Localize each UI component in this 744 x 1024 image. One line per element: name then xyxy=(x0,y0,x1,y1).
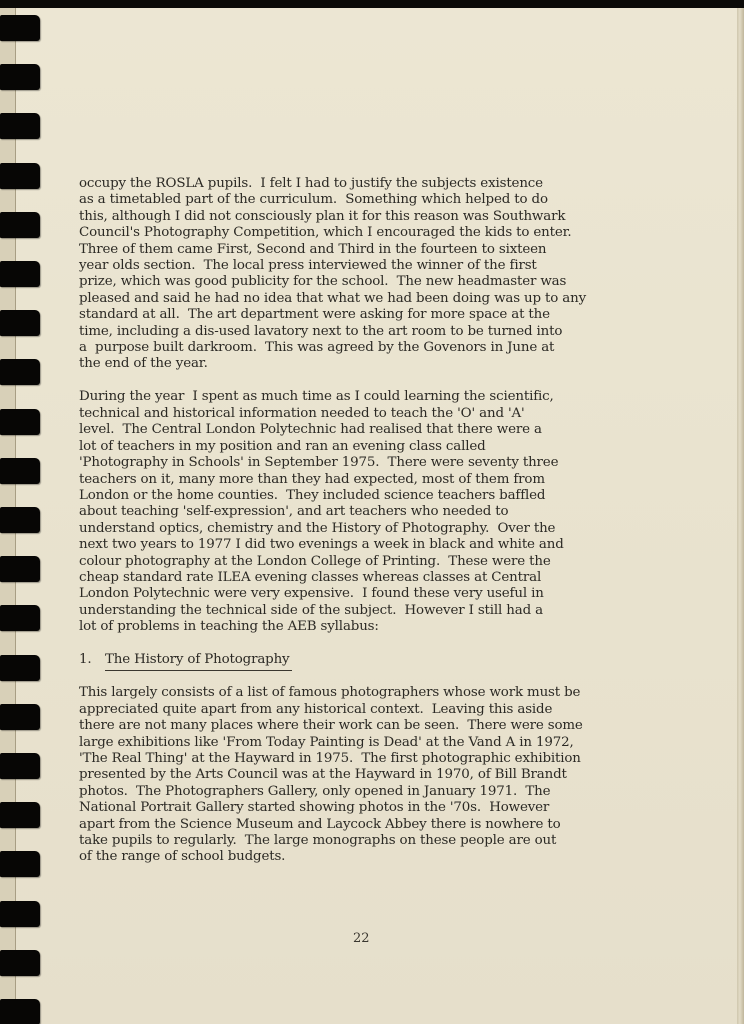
text-line: understanding the technical side of the … xyxy=(79,603,649,619)
text-line: about teaching 'self-expression', and ar… xyxy=(79,504,649,520)
page-number: 22 xyxy=(353,931,370,946)
spiral-ring xyxy=(0,802,40,828)
text-line: 'Photography in Schools' in September 19… xyxy=(79,455,649,471)
text-line: large exhibitions like 'From Today Paint… xyxy=(79,735,649,751)
text-line: time, including a dis-used lavatory next… xyxy=(79,324,649,340)
text-line: the end of the year. xyxy=(79,356,649,372)
spiral-ring xyxy=(0,113,40,139)
paragraph-history: This largely consists of a list of famou… xyxy=(79,685,649,865)
text-line: lot of problems in teaching the AEB syll… xyxy=(79,619,649,635)
spiral-ring xyxy=(0,704,40,730)
paragraph-rosla: occupy the ROSLA pupils. I felt I had to… xyxy=(79,176,649,373)
spiral-ring xyxy=(0,556,40,582)
spiral-ring xyxy=(0,901,40,927)
spiral-ring xyxy=(0,163,40,189)
text-line: photos. The Photographers Gallery, only … xyxy=(79,784,649,800)
text-line: of the range of school budgets. xyxy=(79,849,649,865)
text-line: appreciated quite apart from any histori… xyxy=(79,702,649,718)
text-line: London or the home counties. They includ… xyxy=(79,488,649,504)
spiral-ring xyxy=(0,605,40,631)
text-line: During the year I spent as much time as … xyxy=(79,389,649,405)
text-line: teachers on it, many more than they had … xyxy=(79,472,649,488)
text-line: this, although I did not consciously pla… xyxy=(79,209,649,225)
body-text: occupy the ROSLA pupils. I felt I had to… xyxy=(79,176,649,882)
section-heading: 1.The History of Photography xyxy=(79,652,649,668)
spiral-ring xyxy=(0,655,40,681)
spiral-ring xyxy=(0,999,40,1024)
spiral-ring xyxy=(0,359,40,385)
text-line: lot of teachers in my position and ran a… xyxy=(79,439,649,455)
text-line: a purpose built darkroom. This was agree… xyxy=(79,340,649,356)
text-line: apart from the Science Museum and Laycoc… xyxy=(79,817,649,833)
spiral-ring xyxy=(0,310,40,336)
text-line: year olds section. The local press inter… xyxy=(79,258,649,274)
text-line: technical and historical information nee… xyxy=(79,406,649,422)
spiral-ring xyxy=(0,15,40,41)
text-line: pleased and said he had no idea that wha… xyxy=(79,291,649,307)
text-line: take pupils to regularly. The large mono… xyxy=(79,833,649,849)
text-line: National Portrait Gallery started showin… xyxy=(79,800,649,816)
text-line: 'The Real Thing' at the Hayward in 1975.… xyxy=(79,751,649,767)
text-line: prize, which was good publicity for the … xyxy=(79,274,649,290)
text-line: This largely consists of a list of famou… xyxy=(79,685,649,701)
spiral-ring xyxy=(0,458,40,484)
spiral-ring xyxy=(0,261,40,287)
text-line: there are not many places where their wo… xyxy=(79,718,649,734)
spiral-ring xyxy=(0,950,40,976)
top-border xyxy=(0,0,744,8)
spiral-ring xyxy=(0,409,40,435)
text-line: understand optics, chemistry and the His… xyxy=(79,521,649,537)
page-edge xyxy=(737,8,744,1024)
text-line: next two years to 1977 I did two evening… xyxy=(79,537,649,553)
text-line: as a timetabled part of the curriculum. … xyxy=(79,192,649,208)
spiral-ring xyxy=(0,851,40,877)
spiral-ring xyxy=(0,753,40,779)
text-line: standard at all. The art department were… xyxy=(79,307,649,323)
text-line: colour photography at the London College… xyxy=(79,554,649,570)
spiral-ring xyxy=(0,64,40,90)
spiral-ring xyxy=(0,507,40,533)
text-line: Council's Photography Competition, which… xyxy=(79,225,649,241)
text-line: cheap standard rate ILEA evening classes… xyxy=(79,570,649,586)
text-line: occupy the ROSLA pupils. I felt I had to… xyxy=(79,176,649,192)
text-line: level. The Central London Polytechnic ha… xyxy=(79,422,649,438)
text-line: Three of them came First, Second and Thi… xyxy=(79,242,649,258)
spiral-ring xyxy=(0,212,40,238)
section-title: The History of Photography xyxy=(105,652,292,671)
paragraph-during-the-year: During the year I spent as much time as … xyxy=(79,389,649,635)
section-number: 1. xyxy=(79,652,105,668)
text-line: London Polytechnic were very expensive. … xyxy=(79,586,649,602)
text-line: presented by the Arts Council was at the… xyxy=(79,767,649,783)
